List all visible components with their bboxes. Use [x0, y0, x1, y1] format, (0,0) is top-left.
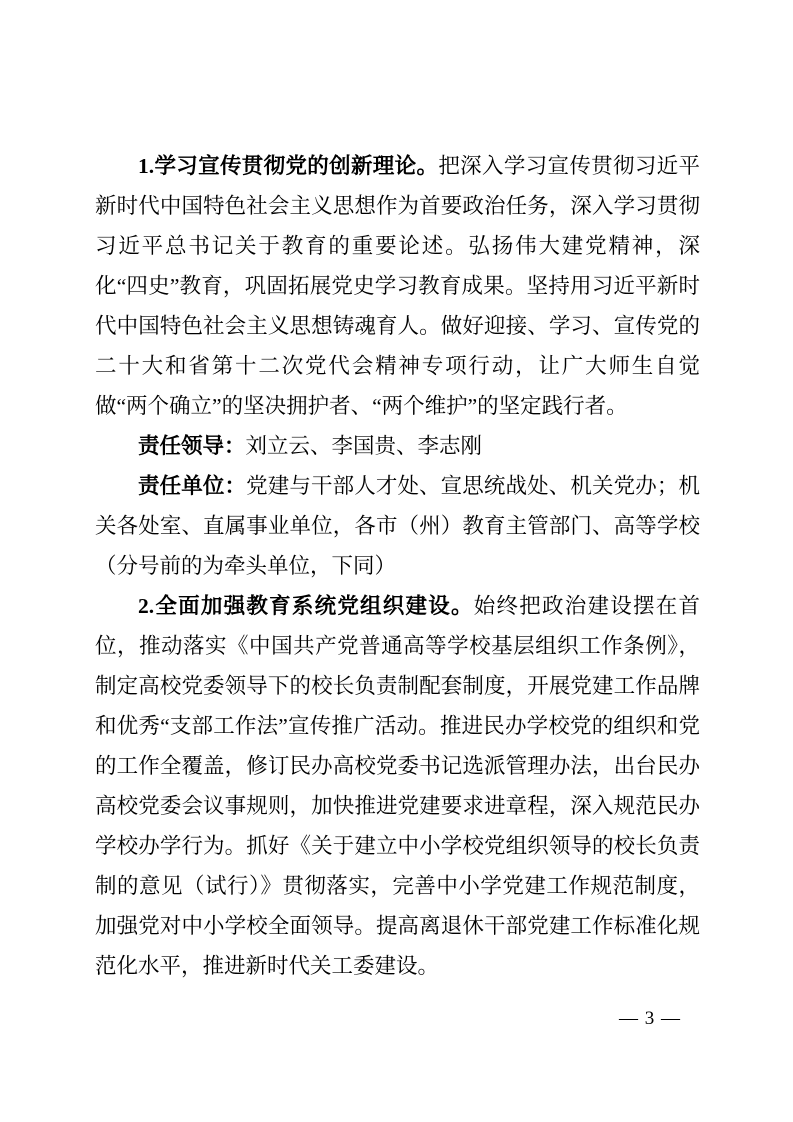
paragraph-lead: 责任领导：: [138, 434, 246, 458]
paragraph-body: 把深入学习宣传贯彻习近平新时代中国特色社会主义思想作为首要政治任务，深入学习贯彻…: [95, 154, 700, 418]
paragraph-party-organization: 2.全面加强教育系统党组织建设。始终把政治建设摆在首位，推动落实《中国共产党普通…: [95, 586, 700, 986]
paragraph-lead: 1.学习宣传贯彻党的创新理论。: [138, 154, 438, 178]
document-body: 1.学习宣传贯彻党的创新理论。把深入学习宣传贯彻习近平新时代中国特色社会主义思想…: [95, 146, 700, 986]
paragraph-body: 始终把政治建设摆在首位，推动落实《中国共产党普通高等学校基层组织工作条例》，制定…: [95, 594, 700, 978]
page-number: — 3 —: [619, 1008, 681, 1030]
paragraph-responsible-units: 责任单位：党建与干部人才处、宣思统战处、机关党办；机关各处室、直属事业单位，各市…: [95, 466, 700, 586]
paragraph-responsible-leaders: 责任领导：刘立云、李国贵、李志刚: [95, 426, 700, 466]
document-page: 1.学习宣传贯彻党的创新理论。把深入学习宣传贯彻习近平新时代中国特色社会主义思想…: [0, 0, 793, 1122]
paragraph-body: 刘立云、李国贵、李志刚: [246, 434, 483, 458]
paragraph-theory-study: 1.学习宣传贯彻党的创新理论。把深入学习宣传贯彻习近平新时代中国特色社会主义思想…: [95, 146, 700, 426]
paragraph-lead: 2.全面加强教育系统党组织建设。: [138, 594, 474, 618]
paragraph-lead: 责任单位：: [138, 474, 246, 498]
